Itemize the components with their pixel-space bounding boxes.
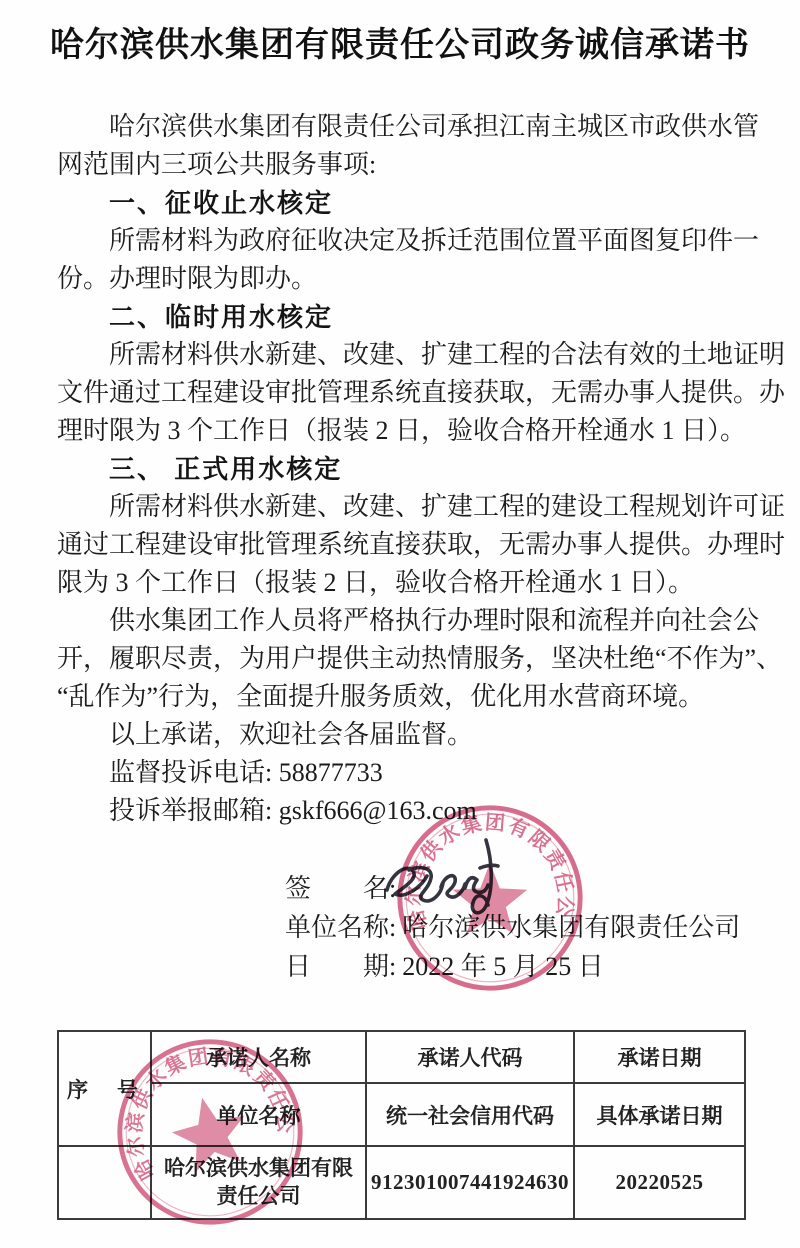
body-line: 哈尔滨供水集团有限责任公司承担江南主城区市政供水管	[57, 108, 763, 146]
body-line: 文件通过工程建设审批管理系统直接获取，无需办事人提供。办	[57, 374, 763, 412]
body-line: 以上承诺，欢迎社会各届监督。	[57, 716, 763, 754]
document-page: 哈尔滨供水集团有限责任公司政务诚信承诺书 哈尔滨供水集团有限责任公司承担江南主城…	[0, 0, 800, 1248]
body-line: 所需材料供水新建、改建、扩建工程的合法有效的土地证明	[57, 336, 763, 374]
table-header-row-1: 序 号 承诺人名称 承诺人代码 承诺日期	[58, 1031, 745, 1083]
table-data-row: 哈尔滨供水集团有限 责任公司 912301007441924630 202205…	[58, 1146, 745, 1219]
commitment-table: 序 号 承诺人名称 承诺人代码 承诺日期 单位名称 统一社会信用代码 具体承诺日…	[57, 1030, 746, 1220]
cell-company-name: 哈尔滨供水集团有限 责任公司	[151, 1146, 366, 1219]
section-heading-3: 三、 正式用水核定	[57, 450, 763, 488]
body-line: 通过工程建设审批管理系统直接获取，无需办事人提供。办理时	[57, 526, 763, 564]
date-label: 日 期:	[285, 947, 396, 986]
header-specific-date: 具体承诺日期	[574, 1083, 745, 1146]
handwritten-signature	[380, 826, 520, 926]
header-credit-code: 统一社会信用代码	[366, 1083, 574, 1146]
cell-credit-code: 912301007441924630	[366, 1146, 574, 1219]
body-line: 理时限为 3 个工作日（报装 2 日，验收合格开栓通水 1 日）。	[57, 412, 763, 450]
section-heading-2: 二、临时用水核定	[57, 298, 763, 336]
header-unit-name: 单位名称	[151, 1083, 366, 1146]
complaint-phone-line: 监督投诉电话: 58877733	[57, 754, 763, 792]
body-line: 限为 3 个工作日（报装 2 日，验收合格开栓通水 1 日）。	[57, 564, 763, 602]
body-line: 网范围内三项公共服务事项:	[57, 146, 763, 184]
header-promiser-name: 承诺人名称	[151, 1031, 366, 1083]
section-heading-1: 一、征收止水核定	[57, 184, 763, 222]
table-header-row-2: 单位名称 统一社会信用代码 具体承诺日期	[58, 1083, 745, 1146]
body-line: 供水集团工作人员将严格执行办理时限和流程并向社会公	[57, 602, 763, 640]
header-promiser-code: 承诺人代码	[366, 1031, 574, 1083]
cell-serial-empty	[58, 1146, 151, 1219]
cell-promise-date: 20220525	[574, 1146, 745, 1219]
document-body: 哈尔滨供水集团有限责任公司承担江南主城区市政供水管 网范围内三项公共服务事项: …	[57, 108, 763, 830]
body-line: “乱作为”行为，全面提升服务质效，优化用水营商环境。	[57, 678, 763, 716]
body-line: 所需材料为政府征收决定及拆迁范围位置平面图复印件一	[57, 222, 763, 260]
header-promise-date: 承诺日期	[574, 1031, 745, 1083]
date-value: 2022 年 5 月 25 日	[396, 947, 604, 986]
document-title: 哈尔滨供水集团有限责任公司政务诚信承诺书	[0, 20, 800, 70]
table-corner-cell: 序 号	[58, 1031, 151, 1146]
body-line: 所需材料供水新建、改建、扩建工程的建设工程规划许可证	[57, 488, 763, 526]
signature-date-row: 日 期:2022 年 5 月 25 日	[285, 947, 740, 986]
complaint-email-line: 投诉举报邮箱: gskf666@163.com	[57, 792, 763, 830]
body-line: 开，履职尽责，为用户提供主动热情服务，坚决杜绝“不作为”、	[57, 640, 763, 678]
body-line: 份。办理时限为即办。	[57, 260, 763, 298]
